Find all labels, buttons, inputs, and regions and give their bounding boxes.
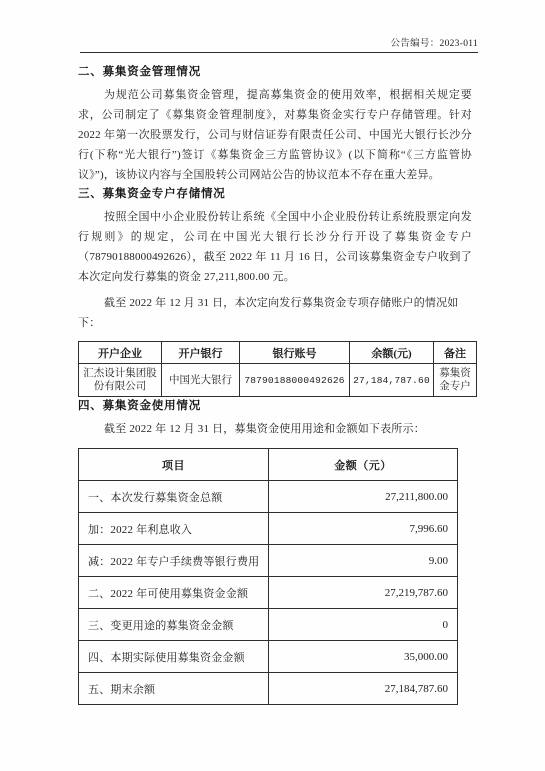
section-heading-fund-usage: 四、募集资金使用情况 [78, 397, 472, 413]
fund-usage-table-intro: 截至 2022 年 12 月 31 日，募集资金使用用途和金额如下表所示： [78, 419, 472, 439]
usage-item-cell: 五、期末余额 [79, 673, 269, 705]
document-body: 二、募集资金管理情况 为规范公司募集资金管理，提高募集资金的使用效率，根据相关规… [78, 63, 472, 705]
section-heading-fund-storage: 三、募集资金专户存储情况 [78, 185, 472, 201]
account-bank-cell: 中国光大银行 [162, 364, 240, 397]
usage-table-row-repurposed-funds: 三、变更用途的募集资金金额 0 [79, 609, 458, 641]
account-table-header-balance: 余额(元) [350, 342, 434, 364]
usage-table-header-item: 项目 [79, 449, 269, 481]
usage-table-header-row: 项目 金额（元） [79, 449, 458, 481]
usage-item-cell: 三、变更用途的募集资金金额 [79, 609, 269, 641]
section-heading-fund-management: 二、募集资金管理情况 [78, 63, 472, 79]
usage-table-row-interest-income: 加：2022 年利息收入 7,996.60 [79, 513, 458, 545]
announcement-page: 公告编号：2023-011 二、募集资金管理情况 为规范公司募集资金管理，提高募… [0, 0, 545, 771]
usage-item-cell: 二、2022 年可使用募集资金金额 [79, 577, 269, 609]
usage-table-row-actual-used: 四、本期实际使用募集资金金额 35,000.00 [79, 641, 458, 673]
usage-amount-cell: 0 [269, 609, 458, 641]
usage-table-row-available-funds: 二、2022 年可使用募集资金金额 27,219,787.60 [79, 577, 458, 609]
usage-table-row-bank-fees: 减：2022 年专户手续费等银行费用 9.00 [79, 545, 458, 577]
usage-item-cell: 一、本次发行募集资金总额 [79, 481, 269, 513]
fund-storage-table-intro: 截至 2022 年 12 月 31 日，本次定向发行募集资金专项存储账户的情况如… [78, 293, 472, 333]
usage-item-cell: 加：2022 年利息收入 [79, 513, 269, 545]
account-number-cell: 78790188000492626 [240, 364, 350, 397]
account-company-cell: 汇杰设计集团股份有限公司 [79, 364, 162, 397]
usage-item-cell: 四、本期实际使用募集资金金额 [79, 641, 269, 673]
account-balance-cell: 27,184,787.60 [350, 364, 434, 397]
usage-table-header-amount: 金额（元） [269, 449, 458, 481]
usage-table-row-ending-balance: 五、期末余额 27,184,787.60 [79, 673, 458, 705]
usage-amount-cell: 27,184,787.60 [269, 673, 458, 705]
usage-amount-cell: 27,219,787.60 [269, 577, 458, 609]
account-table-header-account-number: 银行账号 [240, 342, 350, 364]
account-table-header-note: 备注 [434, 342, 477, 364]
usage-amount-cell: 35,000.00 [269, 641, 458, 673]
doc-number-text: 公告编号：2023-011 [391, 39, 478, 49]
doc-number-header: 公告编号：2023-011 [80, 35, 478, 53]
usage-amount-cell: 7,996.60 [269, 513, 458, 545]
usage-amount-cell: 9.00 [269, 545, 458, 577]
fund-storage-paragraph: 按照全国中小企业股份转让系统《全国中小企业股份转让系统股票定向发行规则》的规定，… [78, 207, 472, 287]
account-table-header-bank: 开户银行 [162, 342, 240, 364]
usage-table-row-total-raised: 一、本次发行募集资金总额 27,211,800.00 [79, 481, 458, 513]
usage-amount-cell: 27,211,800.00 [269, 481, 458, 513]
account-table-header-company: 开户企业 [79, 342, 162, 364]
account-storage-table: 开户企业 开户银行 银行账号 余额(元) 备注 汇杰设计集团股份有限公司 中国光… [78, 341, 477, 397]
account-table-header-row: 开户企业 开户银行 银行账号 余额(元) 备注 [79, 342, 477, 364]
usage-item-cell: 减：2022 年专户手续费等银行费用 [79, 545, 269, 577]
fund-management-paragraph: 为规范公司募集资金管理，提高募集资金的使用效率，根据相关规定要求，公司制定了《募… [78, 85, 472, 185]
fund-usage-table: 项目 金额（元） 一、本次发行募集资金总额 27,211,800.00 加：20… [78, 448, 458, 705]
account-table-row: 汇杰设计集团股份有限公司 中国光大银行 78790188000492626 27… [79, 364, 477, 397]
account-note-cell: 募集资金专户 [434, 364, 477, 397]
